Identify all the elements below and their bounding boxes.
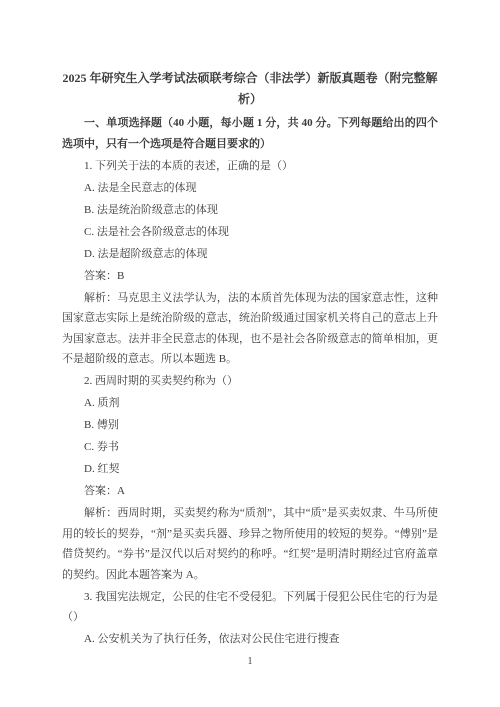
question-1-analysis: 解析：马克思主义法学认为，法的本质首先体现为法的国家意志性，这种国家意志实际上是… bbox=[62, 288, 438, 370]
question-1-option-a: A. 法是全民意志的体现 bbox=[62, 178, 438, 199]
question-3-option-a: A. 公安机关为了执行任务，依法对公民住宅进行搜查 bbox=[62, 629, 438, 650]
question-1-option-b: B. 法是统治阶级意志的体现 bbox=[62, 200, 438, 221]
section-heading: 一、单项选择题（40 小题，每小题 1 分，共 40 分。下列每题给出的四个选项… bbox=[62, 113, 438, 154]
question-1-answer: 答案：B bbox=[62, 266, 438, 287]
page-number: 1 bbox=[62, 652, 438, 673]
question-2-option-a: A. 质剂 bbox=[62, 393, 438, 414]
question-1-stem: 1. 下列关于法的本质的表述，正确的是（） bbox=[62, 156, 438, 177]
exam-document-page: 2025 年研究生入学考试法硕联考综合（非法学）新版真题卷（附完整解析） 一、单… bbox=[0, 0, 500, 707]
question-2-answer: 答案：A bbox=[62, 481, 438, 502]
question-2-stem: 2. 西周时期的买卖契约称为（） bbox=[62, 371, 438, 392]
exam-title: 2025 年研究生入学考试法硕联考综合（非法学）新版真题卷（附完整解析） bbox=[62, 68, 438, 110]
question-2-option-d: D. 红契 bbox=[62, 459, 438, 480]
question-3-stem: 3. 我国宪法规定，公民的住宅不受侵犯。下列属于侵犯公民住宅的行为是（） bbox=[62, 587, 438, 628]
question-2-option-c: C. 券书 bbox=[62, 437, 438, 458]
question-2-analysis: 解析：西周时期，买卖契约称为“质剂”，其中“质”是买卖奴隶、牛马所使用的较长的契… bbox=[62, 503, 438, 585]
question-1-option-c: C. 法是社会各阶级意志的体现 bbox=[62, 222, 438, 243]
question-1-option-d: D. 法是超阶级意志的体现 bbox=[62, 244, 438, 265]
question-2-option-b: B. 傅别 bbox=[62, 415, 438, 436]
